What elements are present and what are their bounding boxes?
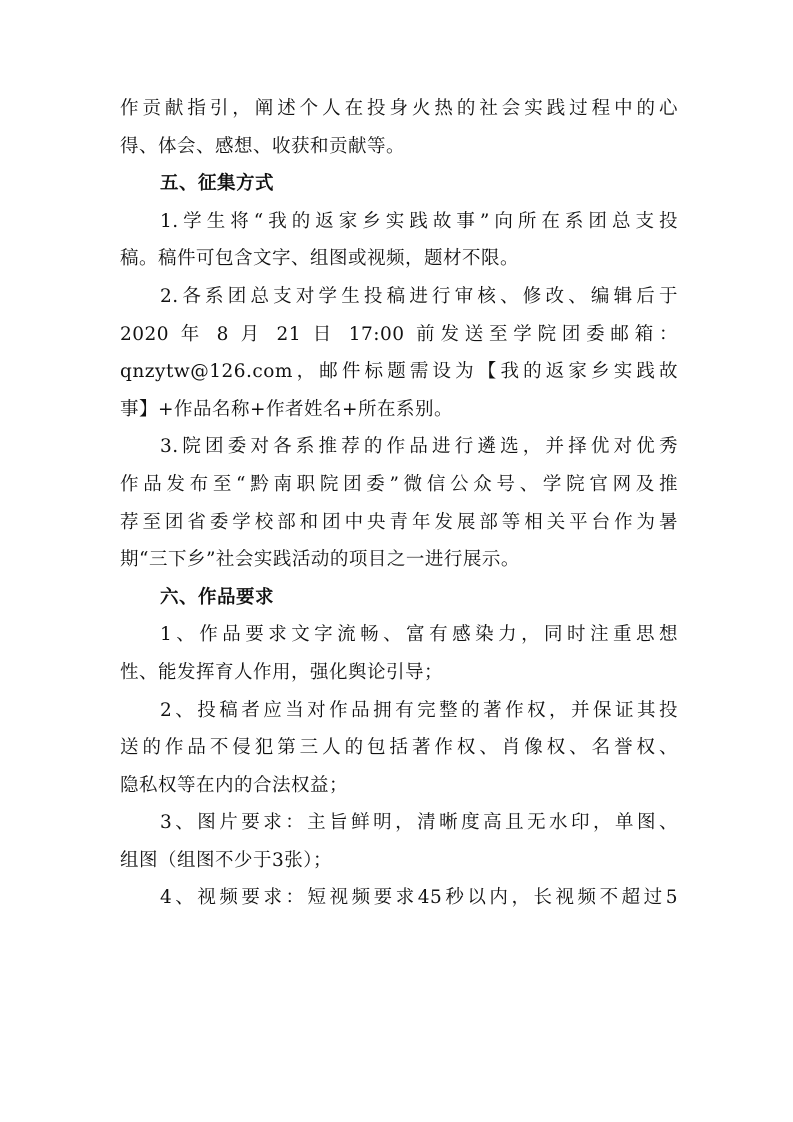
paragraph-line: 3.院团委对各系推荐的作品进行遴选，并择优对优秀 [120,428,678,466]
paragraph-line: 荐至团省委学校部和团中央青年发展部等相关平台作为暑 [120,504,678,542]
section-heading-collection-method: 五、征集方式 [120,165,678,203]
paragraph-line: 组图（组图不少于3张）； [120,842,678,880]
paragraph-line: 期“三下乡”社会实践活动的项目之一进行展示。 [120,541,678,579]
paragraph-line: 3、图片要求：主旨鲜明，清晰度高且无水印，单图、 [120,804,678,842]
section-heading-work-requirements: 六、作品要求 [120,579,678,617]
paragraph-line: 2.各系团总支对学生投稿进行审核、修改、编辑后于 [120,278,678,316]
paragraph-line: 性、能发挥育人作用，强化舆论引导； [120,654,678,692]
paragraph-line: 2020 年 8 月 21 日 17:00 前发送至学院团委邮箱： [120,316,678,354]
paragraph-line: 2、投稿者应当对作品拥有完整的著作权，并保证其投 [120,692,678,730]
paragraph-line: 送的作品不侵犯第三人的包括著作权、肖像权、名誉权、 [120,729,678,767]
paragraph-line: 作品发布至“黔南职院团委”微信公众号、学院官网及推 [120,466,678,504]
paragraph-line-email: qnzytw@126.com，邮件标题需设为【我的返家乡实践故 [120,353,678,391]
paragraph-line: 事】+作品名称+作者姓名+所在系别。 [120,391,678,429]
paragraph-line: 得、体会、感想、收获和贡献等。 [120,128,678,166]
paragraph-line: 4、视频要求：短视频要求45秒以内，长视频不超过5 [120,879,678,917]
paragraph-line: 隐私权等在内的合法权益； [120,767,678,805]
paragraph-line: 作贡献指引，阐述个人在投身火热的社会实践过程中的心 [120,90,678,128]
paragraph-line: 1、作品要求文字流畅、富有感染力，同时注重思想 [120,616,678,654]
document-page: 作贡献指引，阐述个人在投身火热的社会实践过程中的心 得、体会、感想、收获和贡献等… [120,90,678,917]
paragraph-line: 1.学生将“我的返家乡实践故事”向所在系团总支投 [120,203,678,241]
paragraph-line: 稿。稿件可包含文字、组图或视频，题材不限。 [120,240,678,278]
